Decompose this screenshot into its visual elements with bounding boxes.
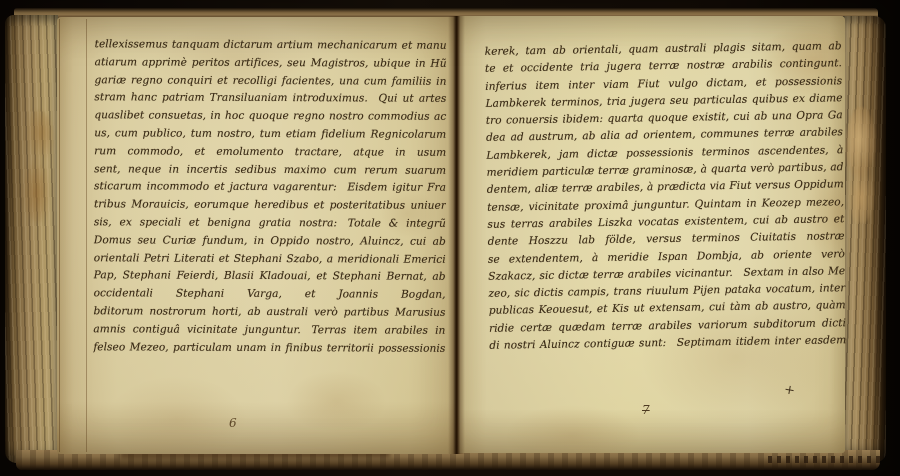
manuscript-line: sis, ex speciali et benigna gratia nostr… <box>94 214 446 233</box>
manuscript-line: stram hanc patriam Transiluaniam introdu… <box>94 90 446 109</box>
manuscript-line: bditorum nostrorum horti, ab australi ve… <box>93 303 445 322</box>
manuscript-line: tribus Morauicis, eorumque heredibus et … <box>94 196 446 215</box>
page-edges-left <box>5 15 58 463</box>
manuscript-line: felseo Mezeo, particulam unam in finibus… <box>93 339 445 358</box>
manuscript-line: quaslibet consuetas, in hoc quoque regno… <box>94 107 446 126</box>
manuscript-line: us, cum publico, tum nostro, tum etiam f… <box>94 125 446 144</box>
book-gutter <box>448 16 465 454</box>
manuscript-line: orientali Petri Literati et Stephani Sza… <box>94 250 446 269</box>
manuscript-line: gariæ regno conquiri et recolligi facien… <box>94 72 446 91</box>
page-edges-right <box>843 16 886 462</box>
right-page-text: kerek, tam ab orientali, quam australi p… <box>485 38 847 355</box>
manuscript-line: tellexissemus tanquam dictarum artium me… <box>95 36 447 55</box>
folio-number-left: 6 <box>229 416 237 430</box>
manuscript-line: sent, neque in incertis sedibus maximo c… <box>94 161 446 180</box>
edge-decoration-marks <box>768 456 880 463</box>
manuscript-line: atiarum apprimè peritos artifices, seu M… <box>95 54 447 73</box>
manuscript-line: Pap, Stephani Feierdi, Blasii Kladouai, … <box>94 268 446 287</box>
manuscript-photo: tellexissemus tanquam dictarum artium me… <box>0 0 900 476</box>
manuscript-line: sticarum incommodo et jactura vagarentur… <box>94 179 446 198</box>
manuscript-line: rum commodo, et emolumento tractare, atq… <box>94 143 446 162</box>
manuscript-line: Domus seu Curiæ fundum, in Oppido nostro… <box>94 232 446 251</box>
folio-number-right: 7 <box>642 403 650 417</box>
manuscript-line: occidentali Stephani Varga, et Joannis B… <box>94 285 446 304</box>
manuscript-line: amnis contiguâ vicinitate junguntur. Ter… <box>93 321 445 340</box>
left-page-text: tellexissemus tanquam dictarum artium me… <box>93 36 446 358</box>
